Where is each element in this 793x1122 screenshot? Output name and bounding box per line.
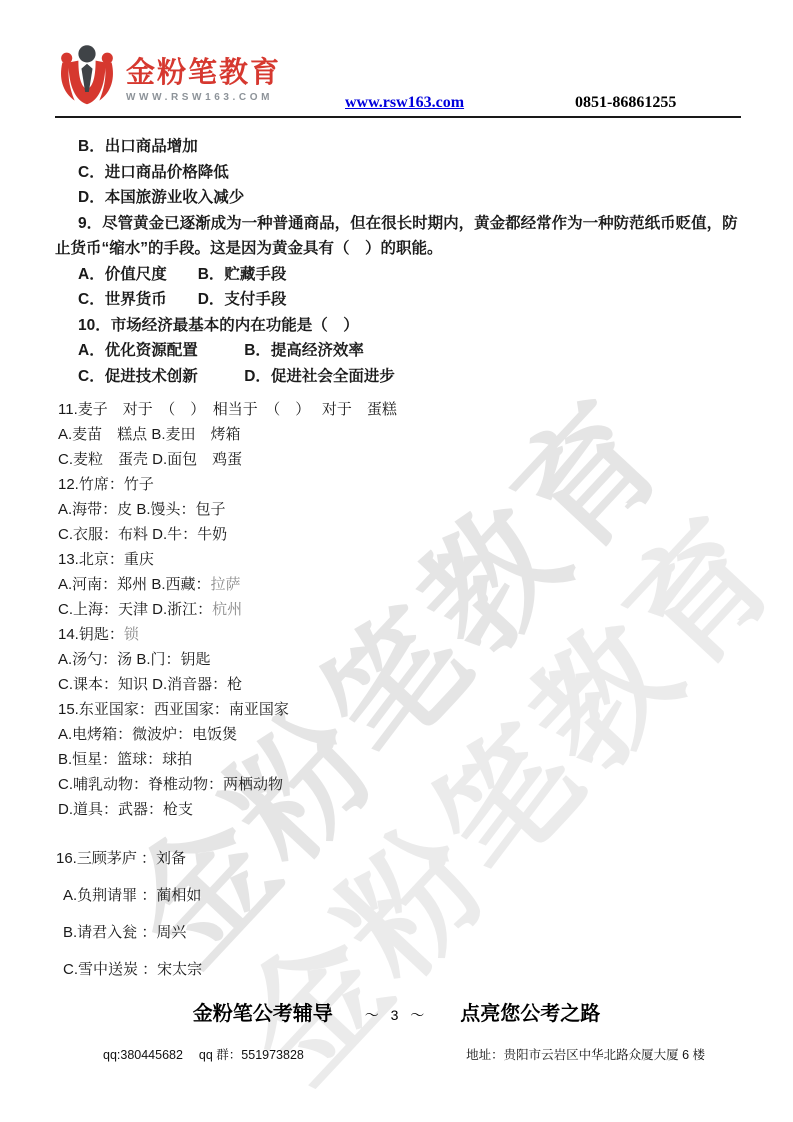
question-line: C.哺乳动物：脊椎动物：两栖动物	[55, 772, 741, 797]
footer-center: 金粉笔公考辅导 ～ 3 ～ 点亮您公考之路	[0, 997, 793, 1026]
question-line: C.课本：知识 D.消音器：枪	[55, 672, 741, 697]
brand-name: 金粉笔教育	[126, 58, 281, 88]
question-text: A.汤勺：汤 B.门：钥匙	[58, 651, 211, 668]
brand-url: WWW.RSW163.COM	[126, 92, 281, 103]
answer-text-muted: 锁	[124, 626, 139, 643]
question-line: C.雪中送炭 ：宋太宗	[55, 951, 741, 988]
question-text: 9．尽管黄金已逐渐成为一种普通商品，但在很长时期内，黄金都经常作为一种防范纸币贬…	[55, 215, 738, 258]
question-line: C．世界货币 D．支付手段	[55, 287, 741, 313]
question-line: 9．尽管黄金已逐渐成为一种普通商品，但在很长时期内，黄金都经常作为一种防范纸币贬…	[55, 211, 741, 262]
question-text: A.河南：郑州 B.西藏：	[58, 576, 211, 593]
footer-address: 地址：贵阳市云岩区中华北路众厦大厦 6 楼	[466, 1045, 705, 1063]
question-line: A.汤勺：汤 B.门：钥匙	[55, 647, 741, 672]
footer-brand: 金粉笔公考辅导	[193, 997, 333, 1026]
question-text: A．价值尺度 B．贮藏手段	[78, 266, 286, 283]
question-line: 12.竹席：竹子	[55, 472, 741, 497]
question-text: D．本国旅游业收入减少	[78, 189, 244, 206]
brand-text-block: 金粉笔教育 WWW.RSW163.COM	[126, 44, 281, 103]
question-text: C．促进技术创新 D．促进社会全面进步	[78, 368, 395, 385]
question-line: A.河南：郑州 B.西藏：拉萨	[55, 572, 741, 597]
question-line: C.衣服：布料 D.牛：牛奶	[55, 522, 741, 547]
question-text: 13.北京：重庆	[58, 551, 154, 568]
page-number: ～ 3 ～	[365, 1005, 429, 1025]
question-text: 15.东亚国家：西亚国家：南亚国家	[58, 701, 289, 718]
brand-logo-icon	[56, 44, 118, 108]
question-text: 11.麦子 对于 （ ） 相当于 （ ） 对于 蛋糕	[58, 401, 397, 418]
question-line: 16.三顾茅庐 ：刘备	[55, 840, 741, 877]
question-text: C．进口商品价格降低	[78, 164, 229, 181]
question-text: C.麦粒 蛋壳 D.面包 鸡蛋	[58, 451, 242, 468]
question-list: B．出口商品增加C．进口商品价格降低D．本国旅游业收入减少9．尽管黄金已逐渐成为…	[55, 134, 741, 988]
question-text: B.恒星：篮球：球拍	[58, 751, 192, 768]
question-text: C.上海：天津 D.浙江：	[58, 601, 212, 618]
question-line: B.恒星：篮球：球拍	[55, 747, 741, 772]
question-line: A.麦苗 糕点 B.麦田 烤箱	[55, 422, 741, 447]
answer-text-muted: 拉萨	[211, 576, 241, 593]
footer-bottom: qq:380445682 qq 群：551973828 地址：贵阳市云岩区中华北…	[103, 1045, 705, 1063]
question-line: B．出口商品增加	[55, 134, 741, 160]
question-line: A．优化资源配置 B．提高经济效率	[55, 338, 741, 364]
question-line: 15.东亚国家：西亚国家：南亚国家	[55, 697, 741, 722]
question-16: 16.三顾茅庐 ：刘备A.负荆请罪 ：蔺相如B.请君入瓮 ：周兴C.雪中送炭 ：…	[55, 840, 741, 988]
question-text: D.道具：武器：枪支	[58, 801, 193, 818]
question-text: 16.三顾茅庐 ：刘备	[56, 850, 186, 867]
question-line: C.麦粒 蛋壳 D.面包 鸡蛋	[55, 447, 741, 472]
question-text: C.哺乳动物：脊椎动物：两栖动物	[58, 776, 283, 793]
footer-qq: qq:380445682 qq 群：551973828	[103, 1045, 304, 1063]
footer-slogan: 点亮您公考之路	[460, 997, 600, 1026]
question-line: D．本国旅游业收入减少	[55, 185, 741, 211]
question-line: C.上海：天津 D.浙江：杭州	[55, 597, 741, 622]
question-line: B.请君入瓮 ：周兴	[55, 914, 741, 951]
question-text: C.雪中送炭 ：宋太宗	[63, 961, 202, 978]
questions-8-10: B．出口商品增加C．进口商品价格降低D．本国旅游业收入减少9．尽管黄金已逐渐成为…	[55, 134, 741, 389]
question-text: 12.竹席：竹子	[58, 476, 154, 493]
question-line: 13.北京：重庆	[55, 547, 741, 572]
questions-11-15: 11.麦子 对于 （ ） 相当于 （ ） 对于 蛋糕A.麦苗 糕点 B.麦田 烤…	[55, 397, 741, 822]
question-text: A．优化资源配置 B．提高经济效率	[78, 342, 364, 359]
question-text: A.麦苗 糕点 B.麦田 烤箱	[58, 426, 241, 443]
question-line: 11.麦子 对于 （ ） 相当于 （ ） 对于 蛋糕	[55, 397, 741, 422]
question-line: A.负荆请罪 ：蔺相如	[55, 877, 741, 914]
question-line: 10．市场经济最基本的内在功能是（ ）	[55, 313, 741, 339]
question-text: C.课本：知识 D.消音器：枪	[58, 676, 242, 693]
question-text: C．世界货币 D．支付手段	[78, 291, 286, 308]
question-text: A.负荆请罪 ：蔺相如	[63, 887, 201, 904]
question-text: B．出口商品增加	[78, 138, 198, 155]
question-line: 14.钥匙：锁	[55, 622, 741, 647]
question-line: D.道具：武器：枪支	[55, 797, 741, 822]
question-line: C．促进技术创新 D．促进社会全面进步	[55, 364, 741, 390]
question-text: C.衣服：布料 D.牛：牛奶	[58, 526, 227, 543]
brand-logo: 金粉笔教育 WWW.RSW163.COM	[56, 44, 281, 108]
question-text: A.电烤箱：微波炉：电饭煲	[58, 726, 237, 743]
question-line: C．进口商品价格降低	[55, 160, 741, 186]
question-line: A．价值尺度 B．贮藏手段	[55, 262, 741, 288]
phone-number: 0851-86861255	[575, 94, 676, 112]
question-text: A.海带：皮 B.馒头：包子	[58, 501, 226, 518]
question-line: A.电烤箱：微波炉：电饭煲	[55, 722, 741, 747]
website-link[interactable]: www.rsw163.com	[345, 94, 464, 112]
document-page: 金粉笔教育 金粉笔教育 金粉笔教育 WWW.RSW163.COM www.rsw…	[0, 0, 793, 1122]
answer-text-muted: 杭州	[212, 601, 242, 618]
question-text: 14.钥匙：	[58, 626, 124, 643]
header-divider	[55, 116, 741, 118]
question-line: A.海带：皮 B.馒头：包子	[55, 497, 741, 522]
question-text: 10．市场经济最基本的内在功能是（ ）	[78, 317, 359, 334]
question-text: B.请君入瓮 ：周兴	[63, 924, 186, 941]
